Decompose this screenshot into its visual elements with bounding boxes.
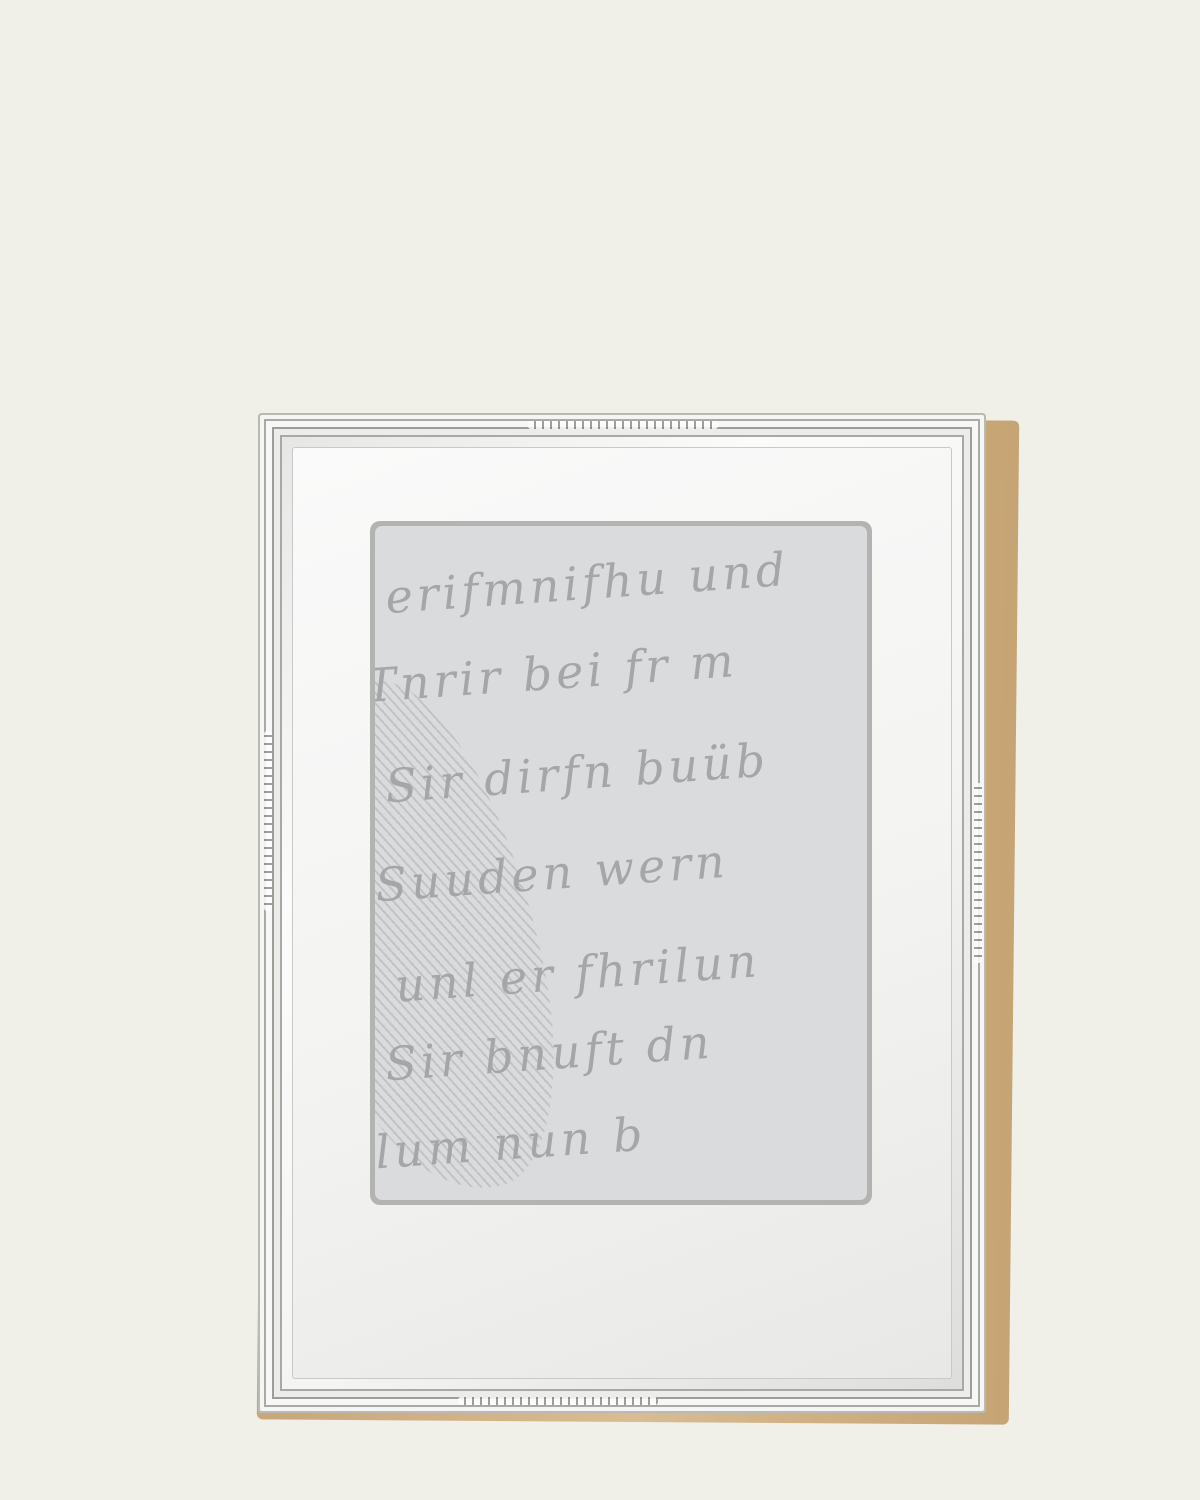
script-text: erifmnifhu und Tnrir bei fr m Sir dirfn …	[375, 526, 867, 1200]
product-photo: erifmnifhu und Tnrir bei fr m Sir dirfn …	[0, 0, 1200, 1500]
script-line: Tnrir bei fr m	[375, 633, 739, 713]
script-line: lum nun b	[375, 1107, 648, 1180]
script-insert: erifmnifhu und Tnrir bei fr m Sir dirfn …	[375, 526, 867, 1200]
bead-accent-top	[528, 421, 718, 429]
script-line: erifmnifhu und	[384, 542, 791, 624]
script-line: Sir dirfn buüb	[384, 733, 771, 814]
bead-accent-right	[974, 783, 982, 963]
bead-accent-bottom	[458, 1397, 658, 1405]
script-line: Sir bnuft dn	[384, 1015, 716, 1092]
silver-frame: erifmnifhu und Tnrir bei fr m Sir dirfn …	[258, 413, 986, 1413]
bead-accent-left	[264, 731, 272, 911]
script-line: unl er fhrilun	[394, 933, 763, 1012]
script-line: Suuden wern	[375, 834, 730, 913]
photo-window: erifmnifhu und Tnrir bei fr m Sir dirfn …	[370, 521, 872, 1205]
